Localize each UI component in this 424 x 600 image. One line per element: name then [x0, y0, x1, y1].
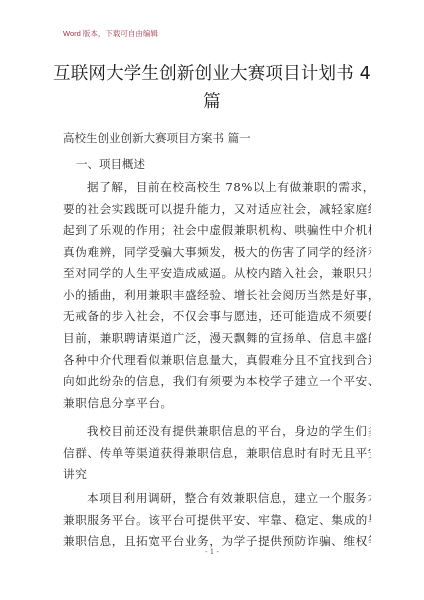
paragraph-line: 至对同学的人生平安造成威逼。从校内踏入社会，兼职只是一段小	[63, 263, 371, 285]
title-line-1: 互联网大学生创新创业大赛项目计划书 4	[52, 60, 372, 88]
paragraph-line: 目前，兼职聘请渠道广泛，漫天飘舞的宣扬单、信息丰盛的网络、	[63, 328, 371, 350]
paragraph-line: 信群、传单等渠道获得兼职信息，兼职信息时有时无且平安性不宜	[63, 443, 371, 465]
paragraph-line: 要的社会实践既可以提升能力，又对适应社会，减轻家庭经济负担	[63, 199, 371, 221]
paragraph-1: 据了解，目前在校高校生 78%以上有做兼职的需求，高校期间须 要的社会实践既可以…	[63, 177, 371, 328]
paragraph-line: 真伪难辨，同学受骗大事频发，极大的伤害了同学的经济利益，甚	[63, 242, 371, 264]
document-title: 互联网大学生创新创业大赛项目计划书 4 篇	[52, 60, 372, 116]
paragraph-line: 据了解，目前在校高校生 78%以上有做兼职的需求，高校期间须	[63, 177, 371, 199]
document-subtitle: 高校生创业创新大赛项目方案书 篇一	[63, 130, 251, 146]
title-line-2: 篇	[52, 88, 372, 116]
section-heading: 一、项目概述	[76, 156, 145, 172]
paragraph-line: 无戒备的步入社会，不仅会事与愿违，还可能造成不须要的损失。	[63, 306, 371, 328]
paragraph-line: 向如此纷杂的信息，我们有须要为本校学子建立一个平安、牢靠的	[63, 371, 371, 393]
paragraph-line: 小的插曲，利用兼职丰盛经验、增长社会阅历当然是好事，可是毫	[63, 285, 371, 307]
paragraph-line: 讲究	[63, 464, 371, 486]
paragraph-line: 各种中介代理看似兼职信息量大，真假难分且不宜找到合适的？面	[63, 350, 371, 372]
header-note: Word 版本，下载可自由编辑	[63, 28, 158, 39]
paragraph-line: 本项目利用调研，整合有效兼职信息，建立一个服务本校学子的	[63, 488, 371, 510]
document-page: Word 版本，下载可自由编辑 互联网大学生创新创业大赛项目计划书 4 篇 高校…	[0, 0, 424, 600]
paragraph-line: 我校目前还没有提供兼职信息的平台，身边的学生们多以群、微	[63, 421, 371, 443]
paragraph-4: 本项目利用调研，整合有效兼职信息，建立一个服务本校学子的 兼职服务平台。该平台可…	[63, 488, 371, 553]
paragraph-3: 我校目前还没有提供兼职信息的平台，身边的学生们多以群、微 信群、传单等渠道获得兼…	[63, 421, 371, 486]
paragraph-line: 兼职信息分享平台。	[63, 393, 371, 415]
page-number: - 1 -	[0, 548, 424, 556]
paragraph-line: 起到了乐观的作用；社会中虚假兼职机构、哄骗性中介机构充斥，	[63, 220, 371, 242]
paragraph-2: 目前，兼职聘请渠道广泛，漫天飘舞的宣扬单、信息丰盛的网络、 各种中介代理看似兼职…	[63, 328, 371, 414]
paragraph-line: 兼职服务平台。该平台可提供平安、牢靠、稳定、集成的毕节地区	[63, 510, 371, 532]
